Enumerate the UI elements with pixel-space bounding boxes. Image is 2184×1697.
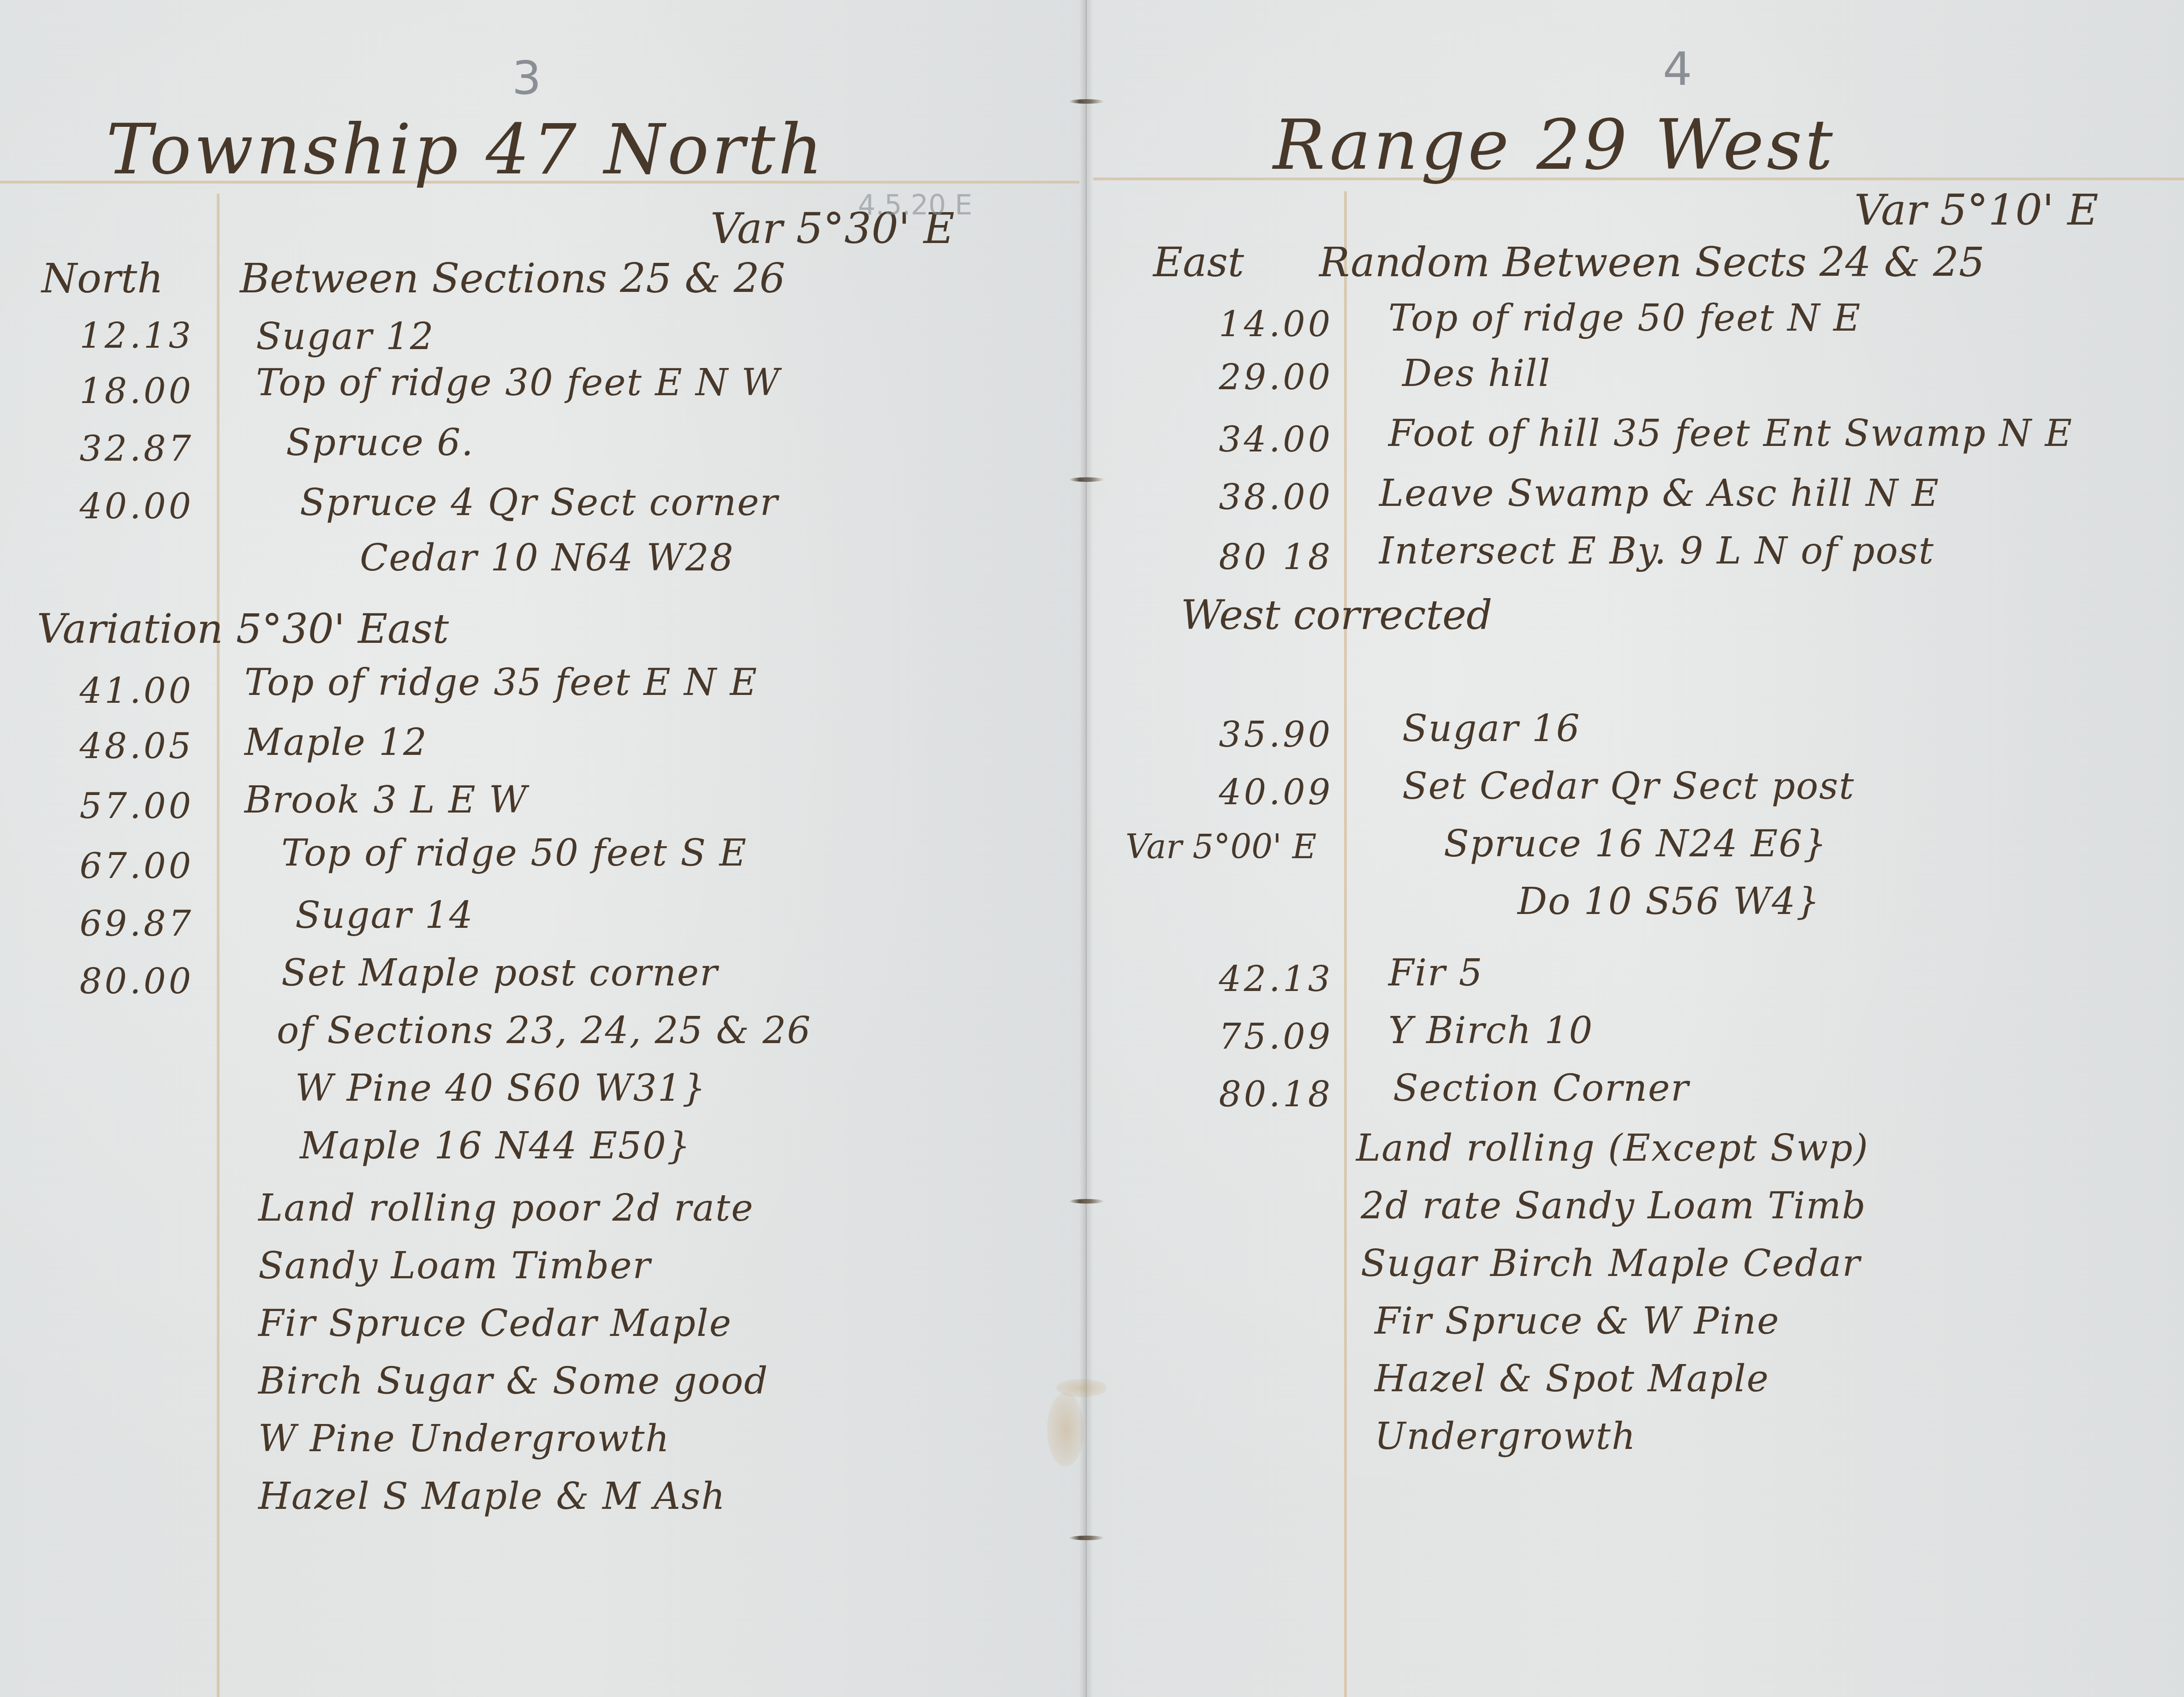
entry-distance: 14.00 [1167, 307, 1333, 342]
paper-stain [1047, 1393, 1084, 1466]
entry-note: Top of ridge 35 feet E N E [244, 664, 758, 701]
entry-distance: 80.00 [28, 964, 194, 999]
entry-distance: 80.18 [1167, 1077, 1333, 1112]
entry-distance: 34.00 [1167, 422, 1333, 457]
description-line: Land rolling poor 2d rate [258, 1190, 754, 1227]
entry-note: Section Corner [1393, 1070, 1690, 1107]
margin-rule-right [1344, 191, 1347, 1697]
entry-note: Set Cedar Qr Sect post [1402, 768, 1855, 805]
page-title: Range 29 West [1273, 111, 1835, 180]
page-number: 3 [512, 55, 542, 101]
entry-note: Leave Swamp & Asc hill N E [1379, 475, 1940, 512]
entry-note: Top of ridge 50 feet N E [1388, 300, 1861, 337]
line-direction: North [42, 258, 163, 299]
entry-note: Spruce 6. [286, 424, 474, 461]
entry-note: of Sections 23, 24, 25 & 26 [277, 1012, 811, 1049]
entry-note: Foot of hill 35 feet Ent Swamp N E [1388, 415, 2073, 452]
entry-note: Cedar 10 N64 W28 [360, 540, 734, 576]
entry-note: Maple 12 [244, 724, 428, 761]
entry-distance: 75.09 [1167, 1019, 1333, 1054]
page-number: 4 [1663, 46, 1692, 92]
description-line: Fir Spruce & W Pine [1375, 1303, 1780, 1340]
entry-note: Spruce 16 N24 E6} [1444, 825, 1827, 862]
entry-note: Set Maple post corner [281, 955, 718, 991]
entry-note: Maple 16 N44 E50} [300, 1127, 691, 1164]
entry-distance: 57.00 [28, 789, 194, 824]
entry-distance: 42.13 [1167, 961, 1333, 997]
description-line: Fir Spruce Cedar Maple [258, 1305, 732, 1342]
entry-note: Intersect E By. 9 L N of post [1379, 533, 1934, 570]
entry-note: W Pine 40 S60 W31} [295, 1070, 707, 1107]
entry-distance: 35.90 [1167, 717, 1333, 752]
entry-note: Sugar 12 [256, 318, 434, 355]
entry-note: Do 10 S56 W4} [1517, 883, 1821, 920]
page-title: Township 47 North [106, 115, 826, 184]
entry-distance: 12.13 [28, 318, 194, 353]
entry-distance: 67.00 [28, 848, 194, 884]
entry-distance: 32.87 [28, 431, 194, 466]
variation-note: Var 5°00' E [1125, 830, 1316, 863]
entry-note: Spruce 4 Qr Sect corner [300, 484, 779, 521]
description-line: Undergrowth [1375, 1418, 1637, 1455]
binding-stitch [1069, 1199, 1104, 1204]
description-line: Land rolling (Except Swp) [1356, 1130, 1869, 1167]
variation-line: Variation 5°30' East [37, 609, 449, 649]
corrected-line: West corrected [1181, 595, 1492, 635]
entry-distance: 40.00 [28, 489, 194, 524]
binding-stitch [1069, 477, 1104, 482]
binding-stitch [1069, 99, 1104, 104]
entry-distance: 69.87 [28, 906, 194, 941]
entry-note: Fir 5 [1388, 955, 1483, 991]
entry-note: Sugar 14 [295, 897, 474, 934]
entry-distance: 38.00 [1167, 480, 1333, 515]
entry-note: Brook 3 L E W [244, 782, 528, 819]
entry-distance: 18.00 [28, 374, 194, 409]
line-direction: East [1153, 242, 1244, 283]
description-line: Birch Sugar & Some good [258, 1363, 768, 1400]
entry-distance: 40.09 [1167, 775, 1333, 810]
paper-stain [1056, 1379, 1107, 1397]
entry-note: Y Birch 10 [1388, 1012, 1593, 1049]
entry-note: Top of ridge 30 feet E N W [256, 364, 780, 401]
line-heading: Random Between Sects 24 & 25 [1319, 242, 1985, 283]
description-line: 2d rate Sandy Loam Timb [1361, 1187, 1867, 1224]
description-line: Hazel & Spot Maple [1375, 1360, 1769, 1397]
description-line: Sandy Loam Timber [258, 1247, 651, 1284]
entry-distance: 80 18 [1167, 540, 1333, 575]
line-heading: Between Sections 25 & 26 [240, 258, 785, 299]
pencil-annotation: 4.5.20 E [858, 191, 972, 219]
entry-note: Des hill [1402, 355, 1551, 392]
entry-note: Sugar 16 [1402, 710, 1581, 747]
description-line: Sugar Birch Maple Cedar [1361, 1245, 1861, 1282]
binding-stitch [1069, 1536, 1104, 1540]
variation-header: Var 5°10' E [1854, 189, 2098, 231]
entry-distance: 41.00 [28, 673, 194, 708]
entry-note: Top of ridge 50 feet S E [281, 835, 747, 872]
entry-distance: 29.00 [1167, 360, 1333, 395]
description-line: W Pine Undergrowth [258, 1420, 670, 1457]
margin-rule-left [217, 194, 220, 1697]
entry-distance: 48.05 [28, 729, 194, 764]
description-line: Hazel S Maple & M Ash [258, 1478, 726, 1515]
